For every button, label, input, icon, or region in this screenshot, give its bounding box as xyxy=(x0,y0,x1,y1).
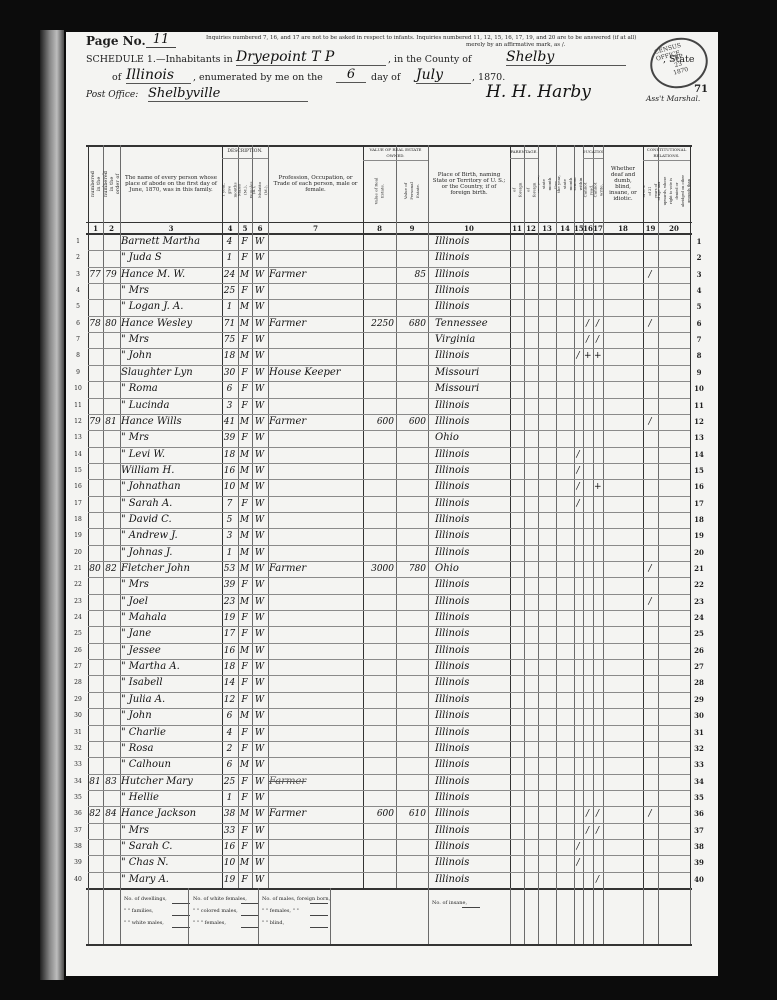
cell-age: 24 xyxy=(223,267,236,283)
header-description: DESCRIPTION. xyxy=(222,146,268,158)
line-number: 7 xyxy=(692,332,706,348)
line-number: 32 xyxy=(692,741,706,757)
cell-birthplace: Illinois xyxy=(429,675,514,691)
cell-birthplace: Illinois xyxy=(429,496,514,512)
line-number-left: 40 xyxy=(72,872,84,888)
cell-color: W xyxy=(253,708,266,724)
cell-sex: M xyxy=(239,512,250,528)
footer-column-rule xyxy=(120,888,121,944)
line-number: 11 xyxy=(692,398,706,414)
line-number-left: 17 xyxy=(72,496,84,512)
line-number: 36 xyxy=(692,806,706,822)
cell-name: " Mahala xyxy=(121,610,220,626)
cell-cannot-read: / xyxy=(584,332,591,348)
cell-cannot-write: / xyxy=(594,332,601,348)
cell-occupation: Farmer xyxy=(269,414,361,430)
line-number-left: 8 xyxy=(72,348,84,364)
cell-sex: F xyxy=(239,496,250,512)
cell-color: W xyxy=(253,774,266,790)
cell-sex: F xyxy=(239,577,250,593)
cell-occupation: Farmer xyxy=(269,806,361,822)
cell-dwelling: 78 xyxy=(89,316,101,332)
cell-school: / xyxy=(575,839,581,855)
cell-family: 83 xyxy=(104,774,118,790)
cell-color: W xyxy=(253,267,266,283)
header-attended-school-text: Attended school within the year. xyxy=(574,174,583,192)
cell-cannot-write: + xyxy=(594,348,601,364)
cell-color: W xyxy=(253,823,266,839)
cell-birthplace: Illinois xyxy=(429,610,514,626)
footer-blank-line xyxy=(310,915,328,916)
header-vote-denied-text: Male Citizens of U. S. of 21 years of ag… xyxy=(658,175,690,207)
cell-birthplace: Missouri xyxy=(429,365,514,381)
header-color: Color.—White (W.), Black (B.), Mulatto (… xyxy=(252,159,268,221)
header-deaf-blind: Whether deaf and dumb, blind, insane, or… xyxy=(603,146,643,221)
header-father-foreign: Father of foreign birth. xyxy=(510,159,524,221)
line-number: 9 xyxy=(692,365,706,381)
cell-family: 82 xyxy=(104,561,118,577)
column-number: 4 xyxy=(222,223,238,234)
header-born-within-year-text: If born within the year, state month (Ja… xyxy=(538,175,556,193)
cell-personal-estate: 780 xyxy=(397,561,426,577)
line-number: 16 xyxy=(692,479,706,495)
line-number-left: 20 xyxy=(72,545,84,561)
cell-age: 18 xyxy=(223,659,236,675)
cell-dwelling: 80 xyxy=(89,561,101,577)
header-cannot-read-text: Cannot read. xyxy=(583,183,593,198)
header-male-citizens-text: Male Citizens of U. S. of 21 years of ag… xyxy=(643,183,658,199)
footer-column-rule xyxy=(428,888,429,944)
cell-color: W xyxy=(253,299,266,315)
line-number-left: 29 xyxy=(72,692,84,708)
header-family: Families, numbered in the order of visit… xyxy=(103,146,120,221)
header-occupation-text: Profession, Occupation, or Trade of each… xyxy=(268,175,363,193)
cell-birthplace: Illinois xyxy=(429,872,514,888)
line-number-left: 23 xyxy=(72,594,84,610)
line-number: 8 xyxy=(692,348,706,364)
enumeration-month: July xyxy=(416,67,471,84)
cell-age: 19 xyxy=(223,872,236,888)
header-married-within-year: If married within the year, state month … xyxy=(556,146,574,221)
column-number: 12 xyxy=(524,223,538,234)
header-occupation: Profession, Occupation, or Trade of each… xyxy=(268,146,363,221)
cell-sex: M xyxy=(239,463,250,479)
cell-citizen: / xyxy=(644,316,656,332)
cell-birthplace: Illinois xyxy=(429,594,514,610)
line-number: 1 xyxy=(692,234,706,250)
cell-age: 19 xyxy=(223,610,236,626)
line-number-left: 13 xyxy=(72,430,84,446)
column-rule xyxy=(690,145,691,888)
cell-name: Hance Wills xyxy=(121,414,220,430)
cell-name: " Martha A. xyxy=(121,659,220,675)
cell-name: Barnett Martha xyxy=(121,234,220,250)
cell-color: W xyxy=(253,757,266,773)
footer-column-rule xyxy=(690,888,691,944)
cell-birthplace: Virginia xyxy=(429,332,514,348)
line-number: 17 xyxy=(692,496,706,512)
line-number-left: 14 xyxy=(72,447,84,463)
cell-sex: F xyxy=(239,741,250,757)
line-number: 4 xyxy=(692,283,706,299)
header-married-within-year-text: If married within the year, state month … xyxy=(556,175,574,193)
cell-citizen: / xyxy=(644,594,656,610)
cell-birthplace: Illinois xyxy=(429,267,514,283)
enumerated-label: , enumerated by me on the xyxy=(193,72,323,83)
cell-birthplace: Illinois xyxy=(429,283,514,299)
cell-birthplace: Illinois xyxy=(429,839,514,855)
header-age-text: Age at last birth-day. If under 1 year, … xyxy=(222,180,238,199)
header-parentage: PARENTAGE. xyxy=(510,146,538,158)
cell-cannot-read: / xyxy=(584,823,591,839)
cell-color: W xyxy=(253,348,266,364)
cell-sex: M xyxy=(239,528,250,544)
cell-sex: F xyxy=(239,626,250,642)
schedule-label: SCHEDULE 1.—Inhabitants in xyxy=(86,54,233,65)
header-cannot-read: Cannot read. xyxy=(583,159,593,221)
line-number: 26 xyxy=(692,643,706,659)
cell-birthplace: Illinois xyxy=(429,643,514,659)
cell-age: 16 xyxy=(223,643,236,659)
cell-name: " Charlie xyxy=(121,725,220,741)
cell-citizen: / xyxy=(644,806,656,822)
line-number-left: 24 xyxy=(72,610,84,626)
cell-color: W xyxy=(253,528,266,544)
cell-birthplace: Illinois xyxy=(429,398,514,414)
column-number: 1 xyxy=(88,223,103,234)
cell-sex: M xyxy=(239,479,250,495)
cell-sex: M xyxy=(239,545,250,561)
marshal-label: Ass't Marshal. xyxy=(646,94,700,103)
cell-age: 17 xyxy=(223,626,236,642)
cell-color: W xyxy=(253,250,266,266)
cell-sex: M xyxy=(239,267,250,283)
cell-family: 81 xyxy=(104,414,118,430)
cell-birthplace: Illinois xyxy=(429,741,514,757)
cell-cannot-read: / xyxy=(584,806,591,822)
line-number-left: 6 xyxy=(72,316,84,332)
cell-family: 80 xyxy=(104,316,118,332)
footer-bottom-rule xyxy=(86,944,692,946)
census-page: Page No. 11 Inquiries numbered 7, 16, an… xyxy=(66,32,718,976)
cell-sex: F xyxy=(239,250,250,266)
cell-sex: M xyxy=(239,806,250,822)
cell-color: W xyxy=(253,675,266,691)
line-number-left: 27 xyxy=(72,659,84,675)
inquiries-note: Inquiries numbered 7, 16, and 17 are not… xyxy=(206,35,711,41)
header-male-citizens: Male Citizens of U. S. of 21 years of ag… xyxy=(643,161,658,221)
cell-name: " Calhoun xyxy=(121,757,220,773)
cell-sex: F xyxy=(239,283,250,299)
footer-white-females: No. of white females, xyxy=(193,896,247,902)
cell-citizen: / xyxy=(644,414,656,430)
cell-color: W xyxy=(253,463,266,479)
header-attended-school: Attended school within the year. xyxy=(574,146,583,221)
cell-sex: F xyxy=(239,725,250,741)
column-number: 19 xyxy=(643,223,658,234)
column-number: 11 xyxy=(510,223,524,234)
cell-age: 39 xyxy=(223,577,236,593)
cell-sex: M xyxy=(239,643,250,659)
cell-birthplace: Missouri xyxy=(429,381,514,397)
header-value-group: VALUE OF REAL ESTATE OWNED. xyxy=(363,146,428,160)
line-number-left: 19 xyxy=(72,528,84,544)
cell-name: " Sarah A. xyxy=(121,496,220,512)
line-number: 5 xyxy=(692,299,706,315)
cell-name: " Johnathan xyxy=(121,479,220,495)
cell-name: Slaughter Lyn xyxy=(121,365,220,381)
footer-column-rule xyxy=(510,888,511,944)
header-name-text: The name of every person whose place of … xyxy=(120,175,222,193)
cell-real-estate: 600 xyxy=(364,414,394,430)
cell-school: / xyxy=(575,463,581,479)
cell-color: W xyxy=(253,365,266,381)
cell-occupation: Farmer xyxy=(269,267,361,283)
cell-age: 33 xyxy=(223,823,236,839)
header-color-text: Color.—White (W.), Black (B.), Mulatto (… xyxy=(252,182,268,198)
cell-name: Fletcher John xyxy=(121,561,220,577)
line-number-left: 22 xyxy=(72,577,84,593)
cell-school: / xyxy=(575,447,581,463)
footer-foreign-females: " " females, " " xyxy=(262,908,299,914)
cell-age: 10 xyxy=(223,479,236,495)
cell-color: W xyxy=(253,283,266,299)
line-number: 20 xyxy=(692,545,706,561)
cell-birthplace: Illinois xyxy=(429,299,514,315)
cell-sex: M xyxy=(239,561,250,577)
post-office-label: Post Office: xyxy=(86,90,138,100)
cell-school: / xyxy=(575,496,581,512)
footer-column-rule xyxy=(103,888,104,944)
header-mother-foreign: Mother of foreign birth. xyxy=(524,159,538,221)
cell-cannot-write: / xyxy=(594,316,601,332)
footer-column-rule xyxy=(188,888,189,944)
cell-color: W xyxy=(253,692,266,708)
day-of-label: day of xyxy=(371,72,400,83)
cell-sex: F xyxy=(239,839,250,855)
cell-color: W xyxy=(253,398,266,414)
cell-cannot-write: / xyxy=(594,872,601,888)
line-number-left: 38 xyxy=(72,839,84,855)
cell-age: 18 xyxy=(223,348,236,364)
cell-name: Hutcher Mary xyxy=(121,774,220,790)
line-number-left: 10 xyxy=(72,381,84,397)
cell-name: " Mrs xyxy=(121,823,220,839)
cell-citizen: / xyxy=(644,561,656,577)
cell-cannot-write: / xyxy=(594,806,601,822)
cell-name: William H. xyxy=(121,463,220,479)
footer-column-rule xyxy=(538,888,539,944)
cell-sex: F xyxy=(239,365,250,381)
county: Shelby xyxy=(506,49,626,66)
line-number-left: 2 xyxy=(72,250,84,266)
cell-age: 71 xyxy=(223,316,236,332)
header-education-text: EDUCATION. xyxy=(583,149,603,155)
footer-foreign-males: No. of males, foreign born, xyxy=(262,896,330,902)
header-value-group-text: VALUE OF REAL ESTATE OWNED. xyxy=(363,147,428,159)
cell-birthplace: Illinois xyxy=(429,725,514,741)
cell-color: W xyxy=(253,561,266,577)
line-number: 18 xyxy=(692,512,706,528)
cell-age: 75 xyxy=(223,332,236,348)
line-number-left: 37 xyxy=(72,823,84,839)
cell-birthplace: Illinois xyxy=(429,234,514,250)
cell-age: 25 xyxy=(223,774,236,790)
cell-color: W xyxy=(253,872,266,888)
header-cannot-write: Cannot write. xyxy=(593,159,603,221)
line-number-left: 3 xyxy=(72,267,84,283)
cell-age: 1 xyxy=(223,790,236,806)
cell-sex: F xyxy=(239,872,250,888)
cell-name: " John xyxy=(121,348,220,364)
cell-sex: M xyxy=(239,757,250,773)
cell-cannot-write: / xyxy=(594,823,601,839)
cell-birthplace: Tennessee xyxy=(429,316,514,332)
cell-birthplace: Illinois xyxy=(429,545,514,561)
header-real-estate-text: Value of Real Estate. xyxy=(374,175,386,208)
header-constitutional-text: CONSTITUTIONAL RELATIONS. xyxy=(643,147,690,159)
line-number-left: 9 xyxy=(72,365,84,381)
cell-birthplace: Illinois xyxy=(429,447,514,463)
cell-name: " David C. xyxy=(121,512,220,528)
line-number-left: 1 xyxy=(72,234,84,250)
header-vote-denied: Male Citizens of U. S. of 21 years of ag… xyxy=(658,161,690,221)
cell-age: 7 xyxy=(223,496,236,512)
footer-colored-females: " " " females, xyxy=(193,920,226,926)
cell-age: 38 xyxy=(223,806,236,822)
cell-age: 6 xyxy=(223,757,236,773)
cell-real-estate: 2250 xyxy=(364,316,394,332)
line-number-left: 4 xyxy=(72,283,84,299)
cell-name: " Juda S xyxy=(121,250,220,266)
cell-birthplace: Illinois xyxy=(429,806,514,822)
footer-dwellings: No. of dwellings, xyxy=(124,896,167,902)
column-number: 7 xyxy=(268,223,363,234)
column-number: 16 xyxy=(583,223,593,234)
header-born-within-year: If born within the year, state month (Ja… xyxy=(538,146,556,221)
header-cannot-write-text: Cannot write. xyxy=(593,183,603,198)
cell-name: " Rosa xyxy=(121,741,220,757)
line-number-left: 30 xyxy=(72,708,84,724)
cell-age: 25 xyxy=(223,283,236,299)
cell-birthplace: Illinois xyxy=(429,790,514,806)
cell-name: " Mrs xyxy=(121,283,220,299)
cell-personal-estate: 600 xyxy=(397,414,426,430)
inquiries-note-2: merely by an affirmative mark, as /. xyxy=(466,42,565,48)
line-number: 37 xyxy=(692,823,706,839)
cell-sex: F xyxy=(239,659,250,675)
header-parentage-text: PARENTAGE. xyxy=(510,149,538,155)
cell-name: Hance M. W. xyxy=(121,267,220,283)
cell-sex: M xyxy=(239,299,250,315)
cell-name: " Hellie xyxy=(121,790,220,806)
cell-sex: M xyxy=(239,316,250,332)
cell-color: W xyxy=(253,512,266,528)
cell-color: W xyxy=(253,496,266,512)
header-sex-text: Sex.—Males (M.), Females (F.) xyxy=(238,182,252,199)
header-father-foreign-text: Father of foreign birth. xyxy=(510,183,524,198)
cell-birthplace: Illinois xyxy=(429,348,514,364)
cell-birthplace: Ohio xyxy=(429,561,514,577)
line-number-left: 15 xyxy=(72,463,84,479)
cell-color: W xyxy=(253,806,266,822)
cell-sex: M xyxy=(239,855,250,871)
cell-birthplace: Illinois xyxy=(429,463,514,479)
footer-column-rule xyxy=(258,888,259,944)
line-number: 24 xyxy=(692,610,706,626)
footer-insane: No. of insane, xyxy=(432,900,467,906)
cell-dwelling: 82 xyxy=(89,806,101,822)
cell-sex: F xyxy=(239,332,250,348)
line-number-left: 16 xyxy=(72,479,84,495)
cell-age: 3 xyxy=(223,528,236,544)
county-label: , in the County of xyxy=(388,54,471,65)
line-number: 35 xyxy=(692,790,706,806)
line-number: 13 xyxy=(692,430,706,446)
line-number: 39 xyxy=(692,855,706,871)
cell-school: / xyxy=(575,855,581,871)
scan-binding-edge xyxy=(40,30,64,980)
line-number-left: 7 xyxy=(72,332,84,348)
header-education: EDUCATION. xyxy=(583,146,603,158)
column-number: 5 xyxy=(238,223,252,234)
column-number: 3 xyxy=(120,223,222,234)
footer-colored-males: " " colored males, xyxy=(193,908,238,914)
cell-sex: F xyxy=(239,675,250,691)
footer-blank-line xyxy=(241,927,259,928)
footer-blank-line xyxy=(241,903,259,904)
cell-personal-estate: 85 xyxy=(397,267,426,283)
footer-column-rule xyxy=(330,888,331,944)
cell-color: W xyxy=(253,234,266,250)
line-number-left: 11 xyxy=(72,398,84,414)
cell-sex: F xyxy=(239,610,250,626)
cell-birthplace: Illinois xyxy=(429,855,514,871)
cell-cannot-read: / xyxy=(584,316,591,332)
cell-age: 23 xyxy=(223,594,236,610)
footer-column-rule xyxy=(603,888,604,944)
line-number-left: 31 xyxy=(72,725,84,741)
line-number: 29 xyxy=(692,692,706,708)
cell-color: W xyxy=(253,316,266,332)
of-label: of xyxy=(112,72,121,83)
line-number-left: 28 xyxy=(72,675,84,691)
header-personal-estate-text: Value of Personal Estate. xyxy=(403,175,421,207)
line-number: 12 xyxy=(692,414,706,430)
footer-blank-line xyxy=(241,915,259,916)
header-mother-foreign-text: Mother of foreign birth. xyxy=(524,183,538,198)
cell-sex: F xyxy=(239,234,250,250)
cell-name: Hance Jackson xyxy=(121,806,220,822)
cell-age: 18 xyxy=(223,447,236,463)
cell-birthplace: Illinois xyxy=(429,250,514,266)
cell-age: 1 xyxy=(223,545,236,561)
cell-name: " Sarah C. xyxy=(121,839,220,855)
line-number-left: 35 xyxy=(72,790,84,806)
footer-column-rule xyxy=(524,888,525,944)
cell-age: 12 xyxy=(223,692,236,708)
header-constitutional: CONSTITUTIONAL RELATIONS. xyxy=(643,146,690,160)
footer-blank-line xyxy=(310,903,328,904)
cell-color: W xyxy=(253,626,266,642)
footer-column-rule xyxy=(574,888,575,944)
cell-birthplace: Illinois xyxy=(429,708,514,724)
cell-color: W xyxy=(253,610,266,626)
header-name: The name of every person whose place of … xyxy=(120,146,222,221)
cell-name: " Jane xyxy=(121,626,220,642)
line-number-left: 34 xyxy=(72,774,84,790)
line-number-left: 26 xyxy=(72,643,84,659)
